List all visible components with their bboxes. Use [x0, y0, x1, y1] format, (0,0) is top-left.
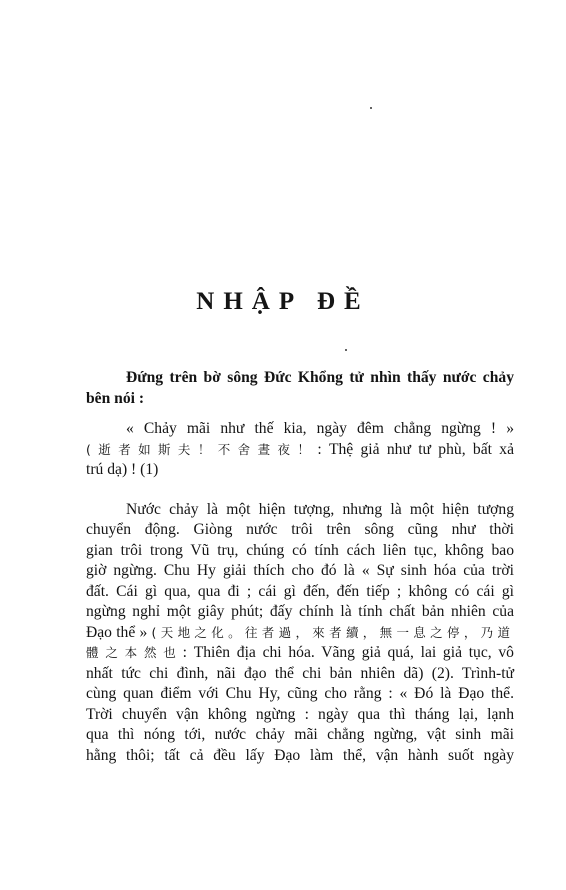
text-line: gian trôi trong Vũ trụ, chúng có tính cá… — [86, 541, 514, 562]
text-line-mixed: (逝者如斯夫！不舍晝夜！: Thệ giả như tư phù, bất xả — [86, 440, 514, 461]
text-line: Đứng trên bờ sông Đức Khổng tử nhìn thấy… — [86, 368, 514, 389]
text-line: giờ ngừng. Chu Hy giải thích cho đó là «… — [86, 561, 514, 582]
text-line: bên nói : — [86, 389, 514, 410]
text-line: qua thì nóng tới, nước chảy mãi chẳng ng… — [86, 725, 514, 746]
text-line: Nước chảy là một hiện tượng, nhưng là mộ… — [86, 500, 514, 521]
text-fragment: Đạo thể » — [86, 624, 152, 641]
scan-speck — [345, 349, 347, 351]
chinese-quotation: (逝者如斯夫！不舍晝夜！ — [86, 442, 317, 457]
paragraph-main: Nước chảy là một hiện tượng, nhưng là mộ… — [86, 500, 514, 767]
text-line: cùng quan điểm với Chu Hy, cũng cho rằng… — [86, 684, 514, 705]
body-text: Đứng trên bờ sông Đức Khổng tử nhìn thấy… — [86, 368, 514, 766]
text-line-mixed: 體之本然也: Thiên địa chi hóa. Vãng giả quá, … — [86, 643, 514, 664]
book-page: NHẬP ĐỀ Đứng trên bờ sông Đức Khổng tử n… — [0, 0, 566, 890]
text-line: chuyển động. Giòng nước trôi trên sông c… — [86, 520, 514, 541]
text-line: đất. Cái gì qua, qua đi ; cái gì đến, đế… — [86, 582, 514, 603]
text-line: hằng thôi; tất cả đều lấy Đạo làm thể, v… — [86, 746, 514, 767]
text-line: Trời chuyển vận không ngừng : ngày qua t… — [86, 705, 514, 726]
chinese-quotation: (天地之化。往者過，來者續，無一息之停，乃道 — [152, 625, 514, 640]
paragraph-quotation: « Chảy mãi như thế kia, ngày đêm chẳng n… — [86, 419, 514, 481]
paragraph-intro: Đứng trên bờ sông Đức Khổng tử nhìn thấy… — [86, 368, 514, 409]
text-line: ngừng nghỉ một giây phút; đấy chính là t… — [86, 602, 514, 623]
chinese-quotation: 體之本然也 — [86, 645, 183, 660]
transliteration: : Thiên địa chi hóa. Vãng giả quá, lai g… — [183, 644, 514, 661]
transliteration: : Thệ giả như tư phù, bất xả — [317, 441, 514, 458]
text-line-mixed: Đạo thể » (天地之化。往者過，來者續，無一息之停，乃道 — [86, 623, 514, 644]
scan-speck — [370, 107, 372, 109]
text-line: nhất tức chi đình, nãi đạo thể chi bản n… — [86, 664, 514, 685]
text-line: trú dạ) ! (1) — [86, 460, 514, 481]
text-line: « Chảy mãi như thế kia, ngày đêm chẳng n… — [86, 419, 514, 440]
chapter-title: NHẬP ĐỀ — [0, 288, 566, 316]
